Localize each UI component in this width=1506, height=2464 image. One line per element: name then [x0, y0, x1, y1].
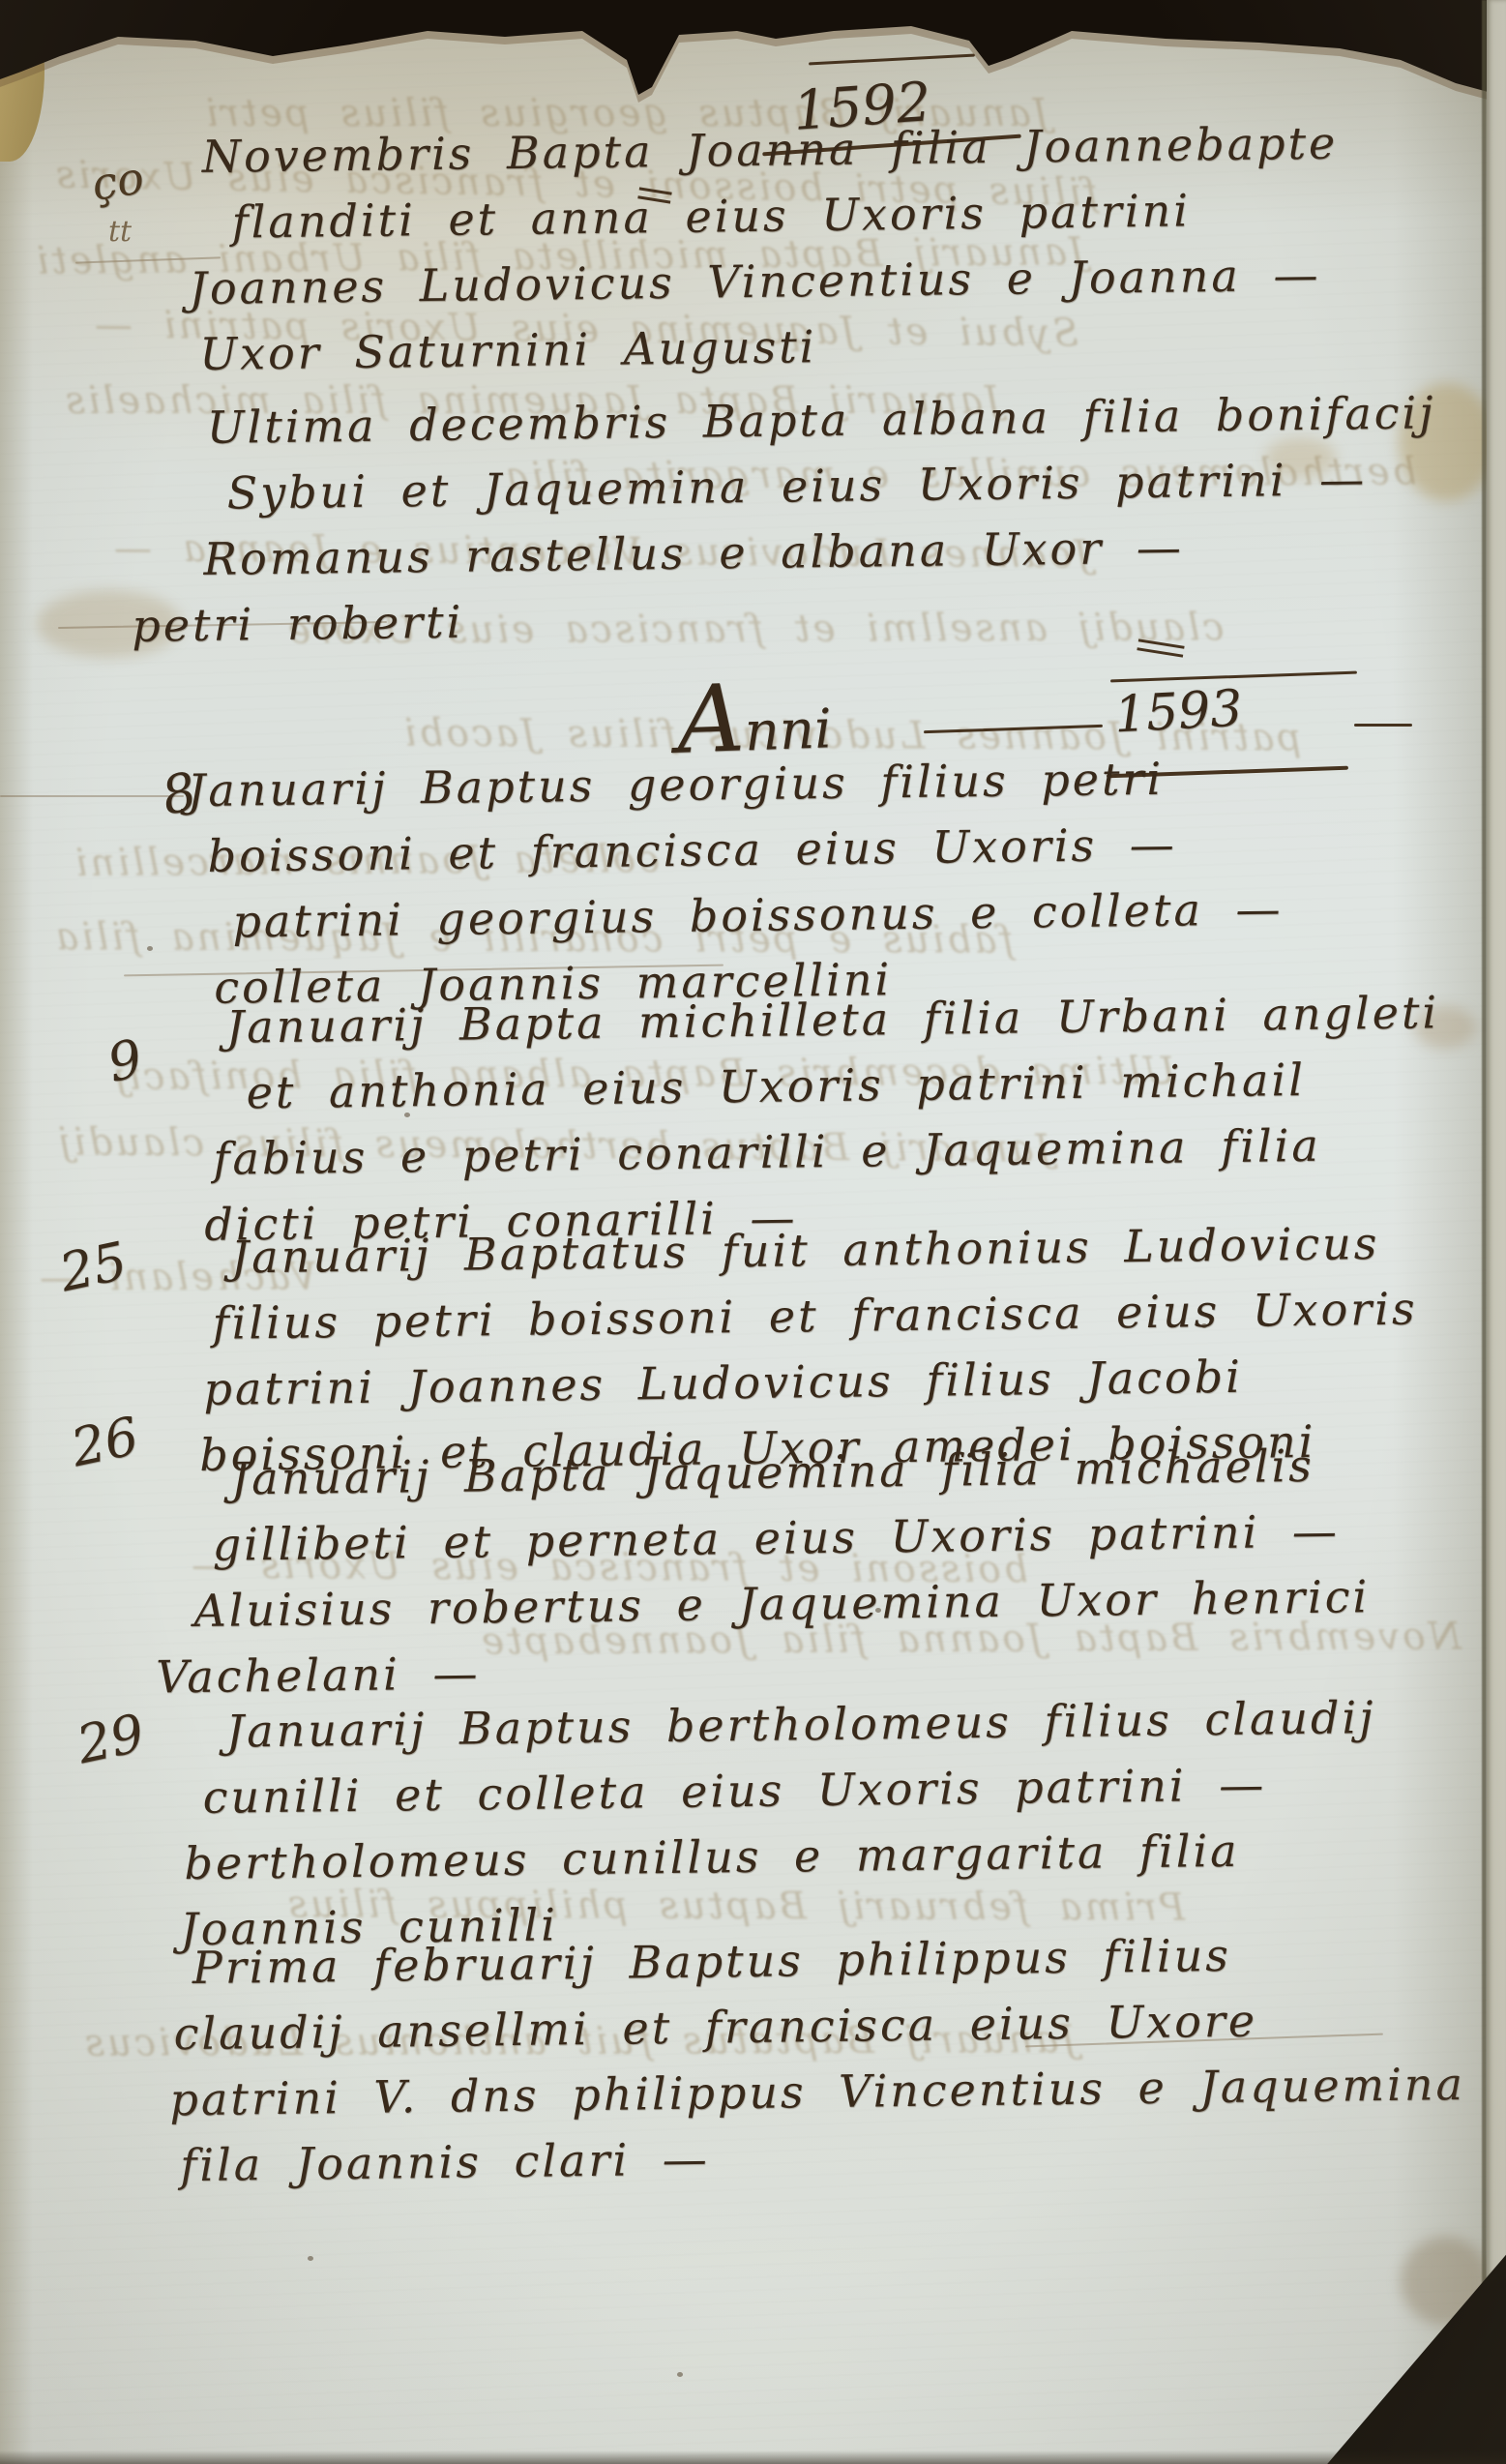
baptism-entry: Ultima decembris Bapta albana filia boni…	[0, 387, 1470, 650]
margin-day-number: 9	[103, 1027, 148, 1094]
entry-text-block: Ultima decembris Bapta albana filia boni…	[187, 379, 1471, 658]
baptism-entry: çottNovembris Bapta Joanna filia Joanneb…	[0, 116, 1470, 379]
adjacent-page-edge	[1487, 0, 1506, 2464]
baptism-entry: 9Januarij Bapta michilleta filia Urbani …	[0, 987, 1470, 1250]
baptism-entry: 8Januarij Baptus georgius filius petribo…	[0, 750, 1470, 1013]
entry-text-block: Januarij Baptus bertholomeus filius clau…	[187, 1683, 1471, 1962]
baptism-entry: 26Januarij Bapta Jaquemina filia michael…	[0, 1439, 1470, 1702]
baptism-entry: 29Januarij Baptus bertholomeus filius cl…	[0, 1691, 1470, 1954]
ink-speck	[677, 2372, 683, 2377]
margin-sub-mark: tt	[108, 215, 132, 249]
torn-top-edge	[0, 0, 1506, 108]
entry-text-block: Januarij Bapta Jaquemina filia michaelis…	[187, 1431, 1471, 1709]
anni-dash-right	[1354, 724, 1412, 727]
manuscript-photo: Januarij Baptus georgius filius petrifil…	[0, 0, 1506, 2464]
anni-heading-year: 1593	[1113, 680, 1244, 745]
entry-text-block: Novembris Bapta Joanna filia Joannebapte…	[187, 108, 1471, 387]
bottom-edge-shadow	[0, 2450, 1506, 2464]
entry-text-block: Januarij Baptus georgius filius petriboi…	[187, 742, 1471, 1021]
margin-day-number: 29	[72, 1703, 149, 1776]
margin-day-number: 25	[54, 1231, 132, 1304]
margin-day-number: 26	[66, 1406, 143, 1479]
baptism-entry: Prima februarij Baptus philippus filiusc…	[0, 1927, 1470, 2190]
ink-speck	[308, 2256, 313, 2261]
entry-text-block: Prima februarij Baptus philippus filiusc…	[187, 1919, 1471, 2198]
margin-flourish-mark: ço	[88, 151, 147, 211]
